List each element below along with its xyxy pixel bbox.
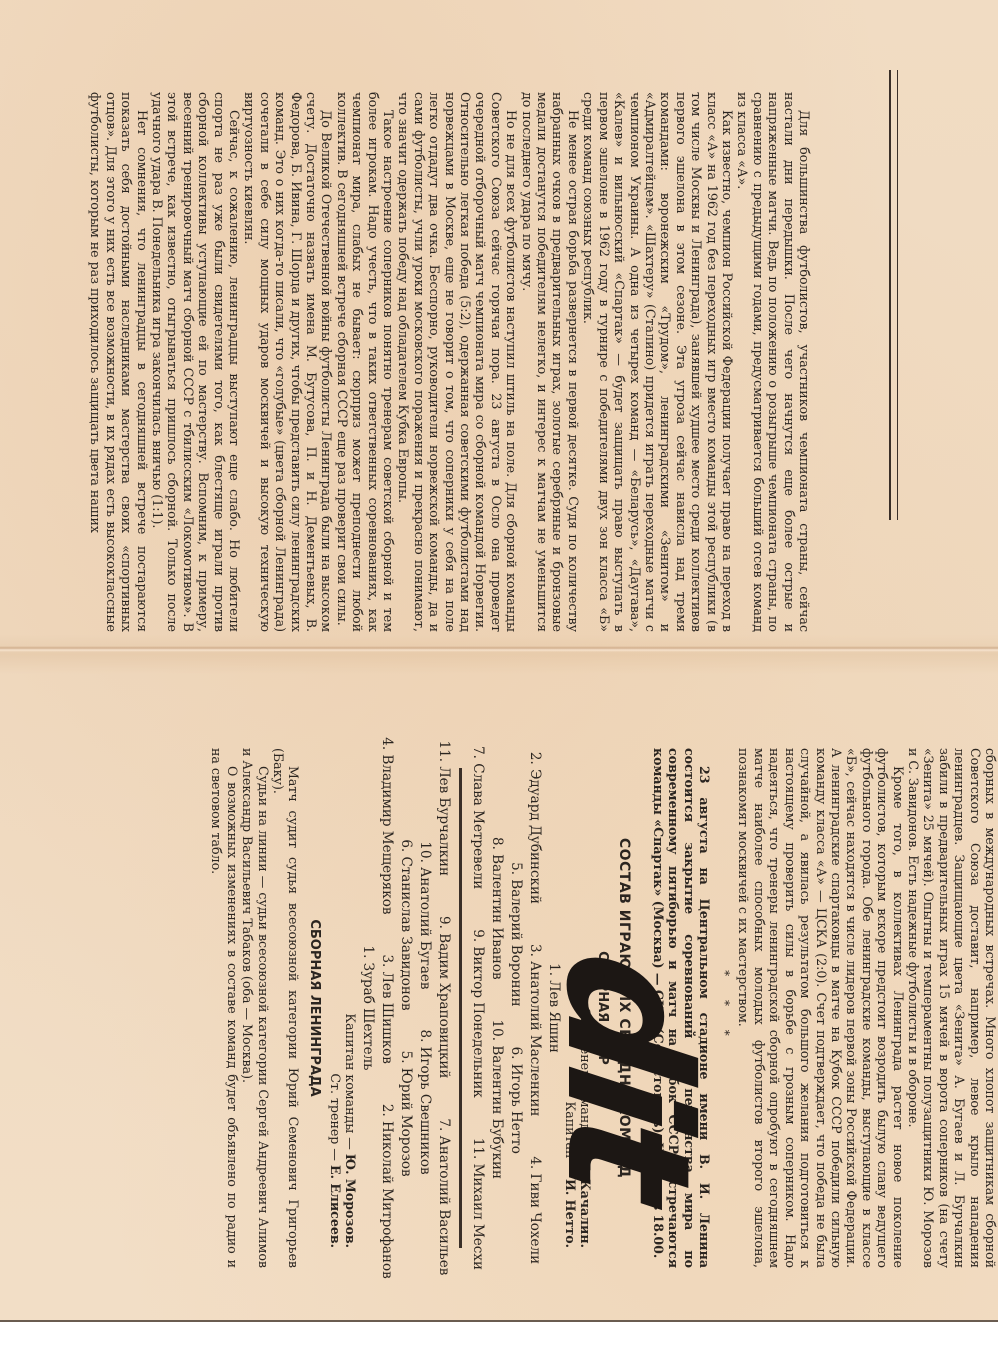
player-name: 3. Лев Шишков — [377, 954, 396, 1063]
player-name: 4. Владимир Мещеряков — [377, 737, 396, 914]
lineup-separator — [459, 768, 462, 1248]
player-name: 11. Лев Бурчалкин — [434, 741, 453, 876]
referee-line: Матч судит судья всесоюзной категории Юр… — [271, 748, 302, 1268]
lineup-row: 10. Анатолий Бугаев8. Игорь Свешников — [415, 748, 434, 1268]
player-name: 5. Валерий Воронин — [506, 862, 525, 1006]
player-name: 6. Игорь Нетто — [506, 1047, 525, 1154]
player-name: 1. Зураб Шехтель — [358, 945, 377, 1070]
article-paragraph: Как известно, чемпион Российской Федерац… — [581, 92, 735, 632]
article-paragraph: Для большинства футболистов, участников … — [735, 92, 812, 632]
page-fold — [0, 646, 998, 652]
player-name: 8. Валентин Иванов — [487, 837, 506, 980]
article-page: Для большинства футболистов, участников … — [12, 92, 812, 632]
player-name: 10. Валентин Бубукин — [487, 1020, 506, 1179]
lineup-row: 4. Владимир Мещеряков3. Лев Шишков2. Ник… — [377, 748, 396, 1268]
double-rule-divider — [889, 70, 898, 520]
player-name: 2. Эдуард Дубинский — [525, 752, 544, 904]
article-paragraph: Не менее острая борьба развернется в пер… — [519, 92, 581, 632]
player-name: 4. Гиви Чохели — [525, 1156, 544, 1264]
player-name: 2. Николай Митрофанов — [377, 1104, 396, 1279]
continuation-paragraph: Кроме того, в коллективах Ленинграда рас… — [736, 748, 905, 1268]
leningrad-lineup: 11. Лев Бурчалкин9. Вадим Храповицкий7. … — [358, 748, 453, 1268]
player-name: 10. Анатолий Бугаев — [415, 841, 434, 989]
article-paragraph: Нет сомнения, что ленинградцы в сегодняш… — [88, 92, 150, 632]
article-paragraph: До Великой Отечественной войны футболист… — [242, 92, 334, 632]
leningrad-captain-line: Капитан команды — Ю. Морозов. — [343, 748, 358, 1268]
officials-body: Матч судит судья всесоюзной категории Юр… — [209, 748, 301, 1268]
article-body: Для большинства футболистов, участников … — [88, 92, 812, 632]
lineup-row: 7. Слава Метревели9. Виктор Понедельник1… — [468, 748, 487, 1268]
lineup-row: 6. Станислав Завидонов5. Юрий Морозов — [396, 748, 415, 1268]
player-name: 7. Слава Метревели — [468, 746, 487, 889]
linesmen-line: Судьи на линии — судьи всесоюзной катего… — [240, 748, 271, 1268]
article-paragraph: Сейчас, к сожалению, ленинградцы выступа… — [150, 92, 242, 632]
article-paragraph: Но не для всех футболистов наступил штил… — [396, 92, 519, 632]
lineup-row: 5. Валерий Воронин6. Игорь Нетто — [506, 748, 525, 1268]
player-name: 5. Юрий Морозов — [396, 1051, 415, 1177]
leningrad-coach-line: Ст. тренер — Е. Елисеев. — [328, 748, 343, 1268]
player-name: 8. Игорь Свешников — [415, 1030, 434, 1175]
leningrad-team-name: СБОРНАЯ ЛЕНИНГРАДА — [307, 748, 322, 1268]
player-name: 9. Вадим Храповицкий — [434, 916, 453, 1078]
player-name: 9. Виктор Понедельник — [468, 929, 487, 1098]
player-name: 11. Михаил Месхи — [468, 1138, 487, 1270]
changes-note: О возможных изменениях в составе команд … — [209, 748, 240, 1268]
lineup-row: 11. Лев Бурчалкин9. Вадим Храповицкий7. … — [434, 748, 453, 1268]
lineup-row: 8. Валентин Иванов10. Валентин Бубукин — [487, 748, 506, 1268]
player-name: 7. Анатолий Васильев — [434, 1118, 453, 1275]
player-name: 6. Станислав Завидонов — [396, 839, 415, 1010]
article-paragraph: Такое настроение соперников понятно трен… — [334, 92, 396, 632]
paper-edge — [0, 1320, 998, 1322]
continuation-body: сборных в международных встречах. Много … — [736, 748, 998, 1268]
continuation-paragraph: сборных в международных встречах. Много … — [906, 748, 998, 1268]
lineup-row: 1. Зураб Шехтель — [358, 748, 377, 1268]
lineup-page: сборных в международных встречах. Много … — [0, 688, 998, 1308]
